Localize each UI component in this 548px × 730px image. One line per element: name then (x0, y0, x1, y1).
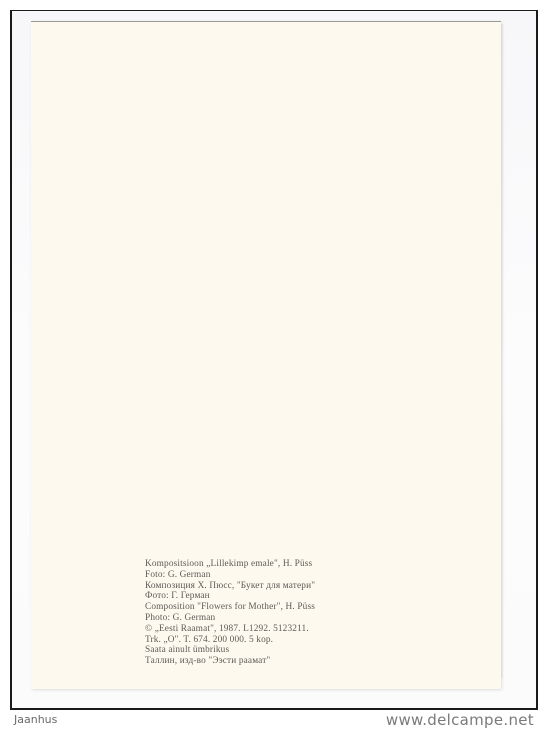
postcard-back: Kompositsioon „Lillekimp emale", H. Püss… (31, 21, 501, 689)
site-watermark: www.delcampe.net (386, 711, 534, 729)
imprint-line-copyright: © „Eesti Raamat", 1987. L1292. 5123211. (145, 624, 315, 635)
imprint-line-photo-en: Photo: G. German (145, 613, 315, 624)
imprint-line-photo-et: Foto: G. German (145, 570, 315, 581)
seller-name: Jaanhus (14, 713, 57, 726)
publisher-imprint: Kompositsioon „Lillekimp emale", H. Püss… (145, 559, 315, 667)
imprint-line-print-run: Trk. „O". T. 674. 200 000. 5 kop. (145, 635, 315, 646)
imprint-line-publisher-ru: Таллин, изд-во "Ээсти раамат" (145, 656, 315, 667)
imprint-line-envelope-note: Saata ainult ümbrikus (145, 645, 315, 656)
imprint-line-composition-et: Kompositsioon „Lillekimp emale", H. Püss (145, 559, 315, 570)
imprint-line-composition-ru: Композиция Х. Пюсс, "Букет для матери" (145, 581, 315, 592)
imprint-line-photo-ru: Фото: Г. Герман (145, 591, 315, 602)
imprint-line-composition-en: Composition "Flowers for Mother", H. Püs… (145, 602, 315, 613)
